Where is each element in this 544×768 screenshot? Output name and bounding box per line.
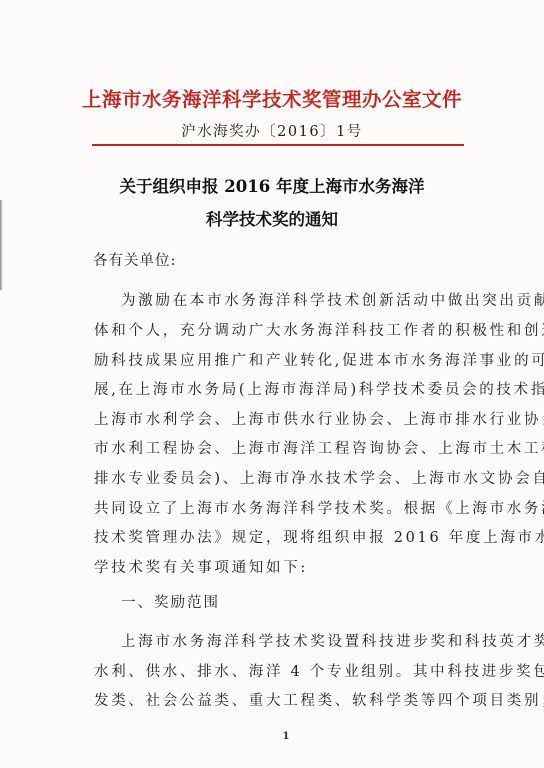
red-divider-rule <box>92 144 464 146</box>
paragraph-line: 学技术奖有关事项通知如下: <box>94 556 308 577</box>
paragraph-line: 上海市水利学会、上海市供水行业协会、上海市排水行业协会、上海 <box>94 408 544 429</box>
salutation: 各有关单位: <box>93 249 176 270</box>
paragraph-line: 上海市水务海洋科学技术奖设置科技进步奖和科技英才奖,分设 <box>121 630 544 651</box>
paragraph-line: 发类、社会公益类、重大工程类、软科学类等四个项目类别；科技英 <box>94 689 544 710</box>
paragraph-line: 水利、供水、排水、海洋 4 个专业组别。其中科技进步奖包括技术开 <box>94 660 544 681</box>
paragraph-line: 技术奖管理办法》规定，现将组织申报 2016 年度上海市水务海洋科 <box>94 526 544 547</box>
section-heading-award-scope: 一、奖励范围 <box>121 591 220 612</box>
issuing-office-header: 上海市水务海洋科学技术奖管理办公室文件 <box>0 84 544 112</box>
paragraph-line: 展,在上海市水务局(上海市海洋局)科学技术委员会的技术指导下, <box>94 378 544 399</box>
paragraph-line: 排水专业委员会)、上海市净水技术学会、上海市水文协会自主发起、 <box>94 467 544 488</box>
paragraph-line: 为激励在本市水务海洋科学技术创新活动中做出突出贡献的集 <box>121 289 544 310</box>
paragraph-line: 体和个人，充分调动广大水务海洋科技工作者的积极性和创造性，鼓 <box>94 319 544 340</box>
page-number: 1 <box>0 731 544 742</box>
paragraph-line: 共同设立了上海市水务海洋科学技术奖。根据《上海市水务海洋科学 <box>94 497 544 518</box>
notice-title-line-1: 关于组织申报 2016 年度上海市水务海洋 <box>0 173 544 197</box>
paragraph-line: 市水利工程协会、上海市海洋工程咨询协会、上海市土木工程学会(给 <box>94 437 544 458</box>
paragraph-line: 励科技成果应用推广和产业转化,促进本市水务海洋事业的可持续发 <box>94 349 544 370</box>
document-number: 沪水海奖办〔2016〕1号 <box>0 120 544 141</box>
notice-title-line-2: 科学技术奖的通知 <box>0 206 544 230</box>
